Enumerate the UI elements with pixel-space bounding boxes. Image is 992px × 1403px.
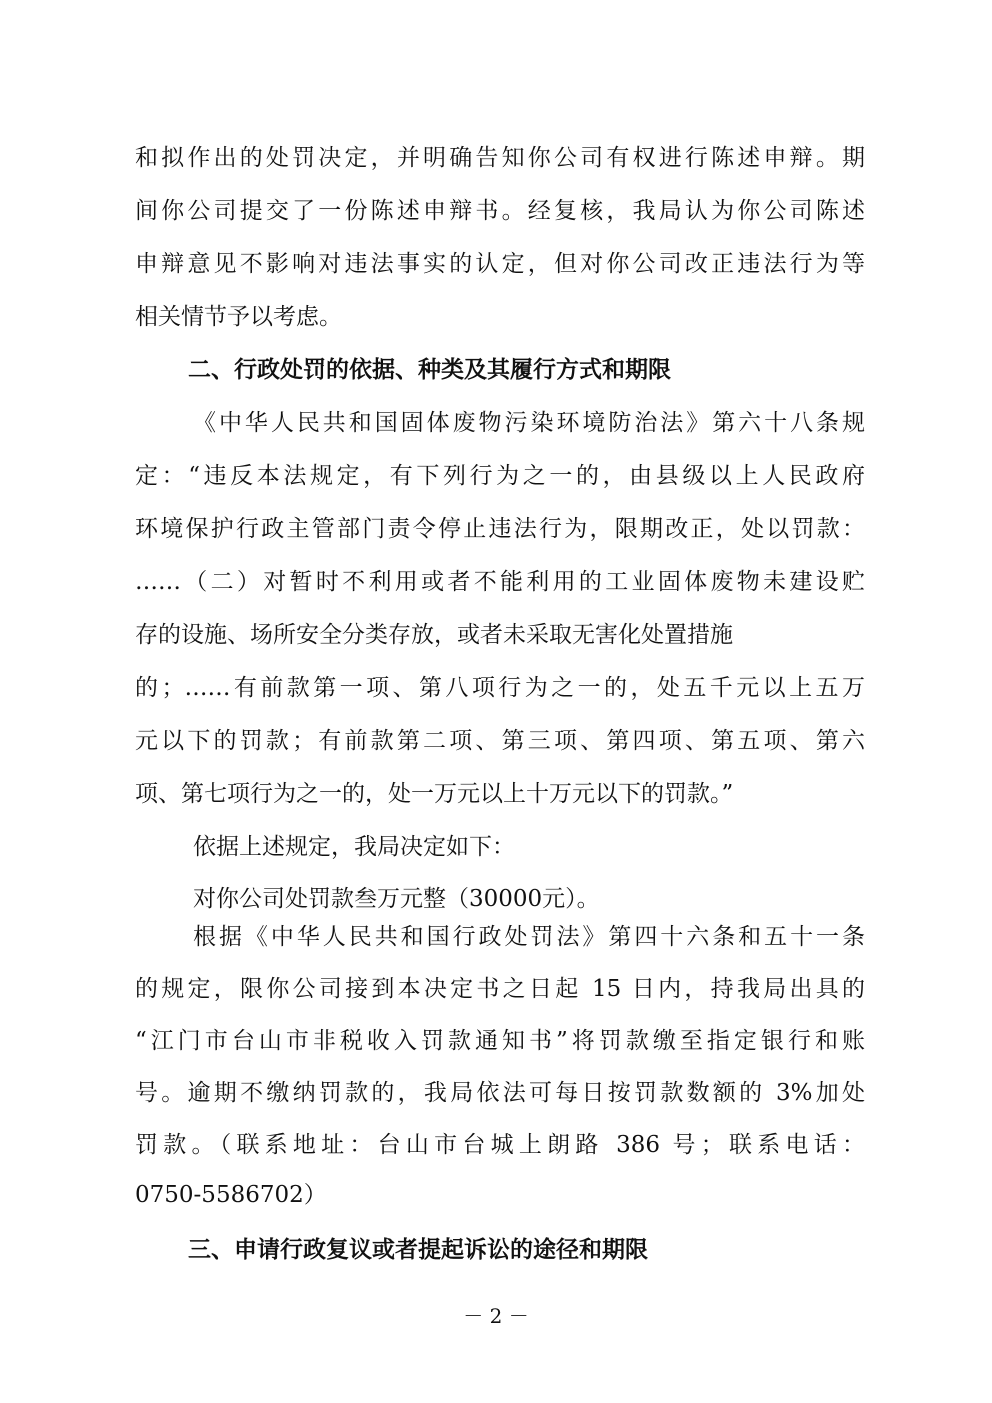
paragraph-1-line-1: 和拟作出的处罚决定，并明确告知你公司有权进行陈述申辩。期 <box>135 143 865 173</box>
paragraph-5-line-4: 号。逾期不缴纳罚款的，我局依法可每日按罚款数额的 3%加处 <box>135 1078 865 1108</box>
paragraph-2-line-7: 元以下的罚款；有前款第二项、第三项、第四项、第五项、第六 <box>135 726 865 756</box>
paragraph-5-line-5: 罚款。（联系地址：台山市台城上朗路 386 号；联系电话： <box>135 1130 865 1160</box>
paragraph-5-line-2: 的规定，限你公司接到本决定书之日起 15 日内，持我局出具的 <box>135 974 865 1004</box>
paragraph-1-line-2: 间你公司提交了一份陈述申辩书。经复核，我局认为你公司陈述 <box>135 196 865 226</box>
section-3-heading: 三、申请行政复议或者提起诉讼的途径和期限 <box>188 1235 648 1265</box>
paragraph-2-line-4: ……（二）对暂时不利用或者不能利用的工业固体废物未建设贮 <box>135 567 865 597</box>
paragraph-2-line-6: 的；……有前款第一项、第八项行为之一的，处五千元以上五万 <box>135 673 865 703</box>
fine-decision: 对你公司处罚款叁万元整（30000元）。 <box>193 884 865 914</box>
paragraph-1-line-3: 申辩意见不影响对违法事实的认定，但对你公司改正违法行为等 <box>135 249 865 279</box>
paragraph-1-line-4: 相关情节予以考虑。 <box>135 302 865 332</box>
paragraph-2-line-2: 定：“违反本法规定，有下列行为之一的，由县级以上人民政府 <box>135 461 865 491</box>
paragraph-2-line-1: 《中华人民共和国固体废物污染环境防治法》第六十八条规 <box>193 408 865 438</box>
page-number: － 2 － <box>0 1300 992 1329</box>
section-2-heading: 二、行政处罚的依据、种类及其履行方式和期限 <box>188 355 671 385</box>
document-page: 和拟作出的处罚决定，并明确告知你公司有权进行陈述申辩。期 间你公司提交了一份陈述… <box>0 0 992 1403</box>
paragraph-2-line-3: 环境保护行政主管部门责令停止违法行为，限期改正，处以罚款： <box>135 514 865 544</box>
paragraph-2-line-8: 项、第七项行为之一的，处一万元以上十万元以下的罚款。” <box>135 779 865 809</box>
decision-intro: 依据上述规定，我局决定如下： <box>193 832 865 862</box>
paragraph-2-line-5: 存的设施、场所安全分类存放，或者未采取无害化处置措施 <box>135 620 865 650</box>
paragraph-5-line-6: 0750-5586702） <box>135 1180 865 1210</box>
paragraph-5-line-3: “江门市台山市非税收入罚款通知书”将罚款缴至指定银行和账 <box>135 1026 865 1056</box>
paragraph-5-line-1: 根据《中华人民共和国行政处罚法》第四十六条和五十一条 <box>193 922 865 952</box>
